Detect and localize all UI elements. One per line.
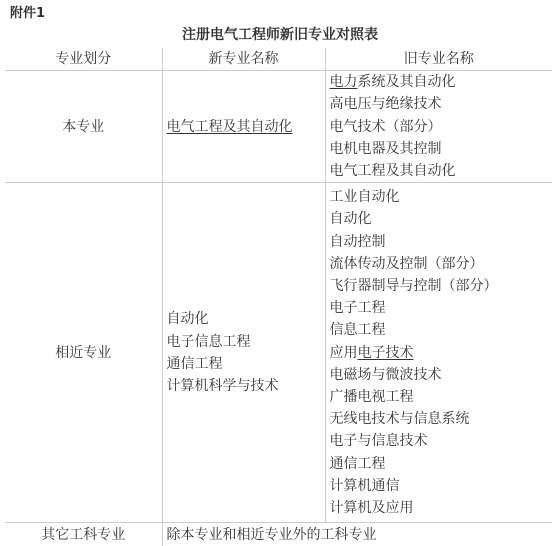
new-major-line: 计算机科学与技术 (167, 375, 325, 397)
old-major-line: 流体传动及控制（部分） (330, 253, 553, 275)
plain-text: 电机电器及其控制 (330, 141, 442, 157)
attachment-label: 附件1 (10, 7, 560, 21)
old-major-line: 计算机通信 (330, 475, 553, 497)
old-major-line: 飞行器制导与控制（部分） (330, 275, 553, 297)
plain-text: 自动化 (330, 211, 372, 227)
old-major-cell: 电力系统及其自动化高电压与绝缘技术电气技术（部分）电机电器及其控制电气工程及其自… (325, 71, 552, 183)
old-major-line: 高电压与绝缘技术 (330, 93, 553, 115)
plain-text: 电子信息工程 (167, 334, 251, 350)
table-row-main: 本专业电气工程及其自动化电力系统及其自动化高电压与绝缘技术电气技术（部分）电机电… (5, 71, 552, 183)
plain-text: 自动控制 (330, 234, 386, 250)
plain-text: 电气工程及其自动化 (330, 163, 456, 179)
plain-text: 信息工程 (330, 322, 386, 338)
page-title: 注册电气工程师新旧专业对照表 (0, 28, 560, 43)
old-major-line: 电子与信息技术 (330, 430, 553, 452)
plain-text: 电气技术（部分） (330, 119, 442, 135)
table-body: 本专业电气工程及其自动化电力系统及其自动化高电压与绝缘技术电气技术（部分）电机电… (5, 71, 552, 546)
old-major-line: 自动化 (330, 208, 553, 230)
division-cell: 其它工科专业 (5, 523, 162, 546)
new-major-cell: 自动化电子信息工程通信工程计算机科学与技术 (162, 183, 325, 523)
old-major-line: 电磁场与微波技术 (330, 364, 553, 386)
table-row-near: 相近专业自动化电子信息工程通信工程计算机科学与技术工业自动化自动化自动控制流体传… (5, 183, 552, 523)
underlined-text: 电力 (330, 74, 358, 90)
plain-text: 通信工程 (167, 356, 223, 372)
plain-text: 广播电视工程 (330, 389, 414, 405)
other-majors-cell: 除本专业和相近专业外的工科专业 (162, 523, 552, 546)
old-major-line: 信息工程 (330, 319, 553, 341)
plain-text: 应用 (330, 345, 358, 361)
plain-text: 通信工程 (330, 456, 386, 472)
new-major-line: 通信工程 (167, 353, 325, 375)
old-major-line: 电气工程及其自动化 (330, 160, 553, 182)
table-row-other: 其它工科专业除本专业和相近专业外的工科专业 (5, 523, 552, 546)
plain-text: 无线电技术与信息系统 (330, 411, 470, 427)
old-major-line: 应用电子技术 (330, 342, 553, 364)
new-major-line: 电子信息工程 (167, 331, 325, 353)
column-header-old-major: 旧专业名称 (325, 48, 552, 71)
plain-text: 工业自动化 (330, 189, 400, 205)
table-header-row: 专业划分 新专业名称 旧专业名称 (5, 48, 552, 71)
column-header-division: 专业划分 (5, 48, 162, 71)
column-header-new-major: 新专业名称 (162, 48, 325, 71)
old-major-line: 工业自动化 (330, 186, 553, 208)
new-major-line: 自动化 (167, 308, 325, 330)
plain-text: 电磁场与微波技术 (330, 367, 442, 383)
old-major-line: 电子工程 (330, 297, 553, 319)
plain-text: 自动化 (167, 311, 209, 327)
underlined-text: 电子技术 (358, 345, 414, 361)
old-major-line: 电机电器及其控制 (330, 138, 553, 160)
old-major-cell: 工业自动化自动化自动控制流体传动及控制（部分）飞行器制导与控制（部分）电子工程信… (325, 183, 552, 523)
plain-text: 电子与信息技术 (330, 433, 428, 449)
division-cell: 相近专业 (5, 183, 162, 523)
old-major-line: 计算机及应用 (330, 497, 553, 519)
major-comparison-table: 专业划分 新专业名称 旧专业名称 本专业电气工程及其自动化电力系统及其自动化高电… (5, 48, 552, 546)
division-cell: 本专业 (5, 71, 162, 183)
plain-text: 流体传动及控制（部分） (330, 256, 484, 272)
plain-text: 计算机及应用 (330, 500, 414, 516)
plain-text: 飞行器制导与控制（部分） (330, 278, 498, 294)
plain-text: 电子工程 (330, 300, 386, 316)
old-major-line: 电气技术（部分） (330, 116, 553, 138)
plain-text: 计算机通信 (330, 478, 400, 494)
new-major-cell: 电气工程及其自动化 (162, 71, 325, 183)
old-major-line: 无线电技术与信息系统 (330, 408, 553, 430)
old-major-line: 自动控制 (330, 231, 553, 253)
plain-text: 高电压与绝缘技术 (330, 96, 442, 112)
old-major-line: 电力系统及其自动化 (330, 71, 553, 93)
new-major-line: 电气工程及其自动化 (167, 116, 325, 138)
underlined-text: 电气工程及其自动化 (167, 119, 293, 135)
old-major-line: 广播电视工程 (330, 386, 553, 408)
plain-text: 系统及其自动化 (358, 74, 456, 90)
old-major-line: 通信工程 (330, 453, 553, 475)
plain-text: 计算机科学与技术 (167, 378, 279, 394)
